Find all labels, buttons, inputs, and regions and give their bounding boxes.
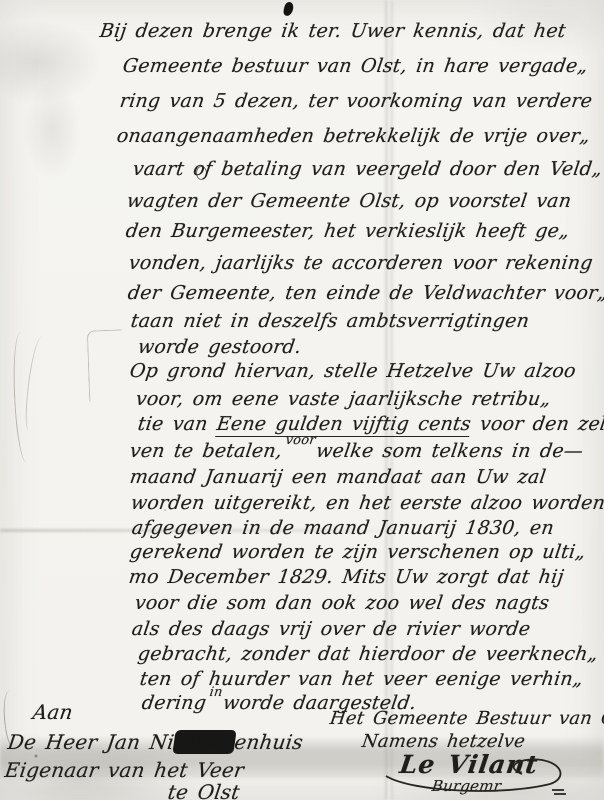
inserted-word: voor <box>285 433 317 448</box>
manuscript-line: ten of huurder van het veer eenige verhi… <box>138 668 584 690</box>
manuscript-line: worde gestoord. <box>136 336 302 358</box>
manuscript-line-underlined: tie van Eene gulden vijftig cents voor d… <box>136 413 604 435</box>
line-text: voor den zel„ <box>469 413 604 435</box>
margin-pencil-mark <box>23 335 48 432</box>
address-place: te Olst <box>166 780 241 800</box>
underlined-amount: Eene gulden vijftig cents <box>215 413 472 437</box>
line-text: dering <box>140 692 207 714</box>
address-aan: Aan <box>31 700 74 724</box>
manuscript-line: gerekend worden te zijn verschenen op ul… <box>128 541 586 563</box>
manuscript-line: onaangenaamheden betrekkelijk de vrije o… <box>115 125 591 147</box>
manuscript-line: worden uitgereikt, en het eerste alzoo w… <box>129 492 604 514</box>
manuscript-line: vaart of betaling van veergeld door den … <box>131 158 603 180</box>
ink-blot <box>283 1 295 17</box>
inserted-word: in <box>209 685 224 700</box>
manuscript-line: ring van 5 dezen, ter voorkoming van ver… <box>118 90 593 112</box>
manuscript-line: voor die som dan ook zoo wel des nagts <box>133 592 550 614</box>
address-recipient: De Heer Jan Nieuwenhuis <box>6 730 304 754</box>
line-text: welke som telkens in de— <box>315 440 585 462</box>
manuscript-line: der Gemeente, ten einde de Veldwachter v… <box>126 282 604 304</box>
manuscript-line: maand Januarij een mandaat aan Uw zal <box>128 466 547 488</box>
manuscript-line: gebracht, zonder dat hierdoor de veerkne… <box>136 643 599 665</box>
manuscript-line: Op grond hiervan, stelle Hetzelve Uw alz… <box>128 360 577 382</box>
signature: Le Vilant <box>398 750 540 779</box>
manuscript-line: voor, om eene vaste jaarlijksche retribu… <box>134 388 552 410</box>
manuscript-line: Gemeente bestuur van Olst, in hare verga… <box>121 55 589 77</box>
closing-on-behalf: Namens hetzelve <box>361 731 527 752</box>
manuscript-line: afgegeven in de maand Januarij 1830, en <box>130 517 555 539</box>
line-text: ven te betalen, <box>128 440 283 462</box>
margin-pencil-mark <box>87 329 124 401</box>
address-role: Eigenaar van het Veer <box>3 758 245 782</box>
manuscript-line: den Burgemeester, het verkieslijk heeft … <box>124 220 570 242</box>
recipient-name: De Heer Jan Ni <box>6 730 176 754</box>
scanned-letter-page: Bij dezen brenge ik ter. Uwer kennis, da… <box>0 0 604 800</box>
closing-sender: Het Gemeente Bestuur van Olst <box>329 708 604 729</box>
manuscript-line: vonden, jaarlijks te accorderen voor rek… <box>127 252 594 274</box>
signature-title: Burgemr <box>431 777 503 795</box>
struck-out-text: euw <box>172 730 236 754</box>
line-text: tie van <box>136 413 218 435</box>
manuscript-line: als des daags vrij over de rivier worde <box>130 618 531 640</box>
manuscript-line: taan niet in deszelfs ambtsverrigtingen <box>129 310 530 332</box>
manuscript-line-with-insertion: ven te betalen,voorwelke som telkens in … <box>128 440 584 462</box>
manuscript-line: mo December 1829. Mits Uw zorgt dat hij <box>127 566 565 588</box>
manuscript-line: wagten der Gemeente Olst, op voorstel va… <box>125 190 572 212</box>
margin-pencil-mark <box>9 331 37 462</box>
recipient-name: enhuis <box>233 730 305 754</box>
manuscript-line: Bij dezen brenge ik ter. Uwer kennis, da… <box>98 20 567 42</box>
